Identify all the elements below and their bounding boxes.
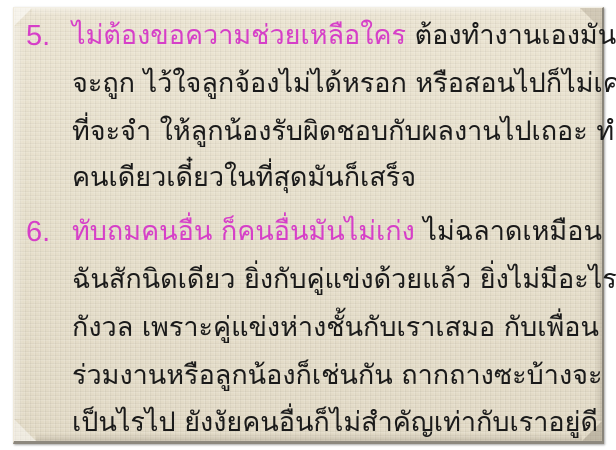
item-heading: ทับถมคนอื่น ก็คนอื่นมันไม่เก่ง [72,216,415,247]
item-text-line: เป็นไรไป ยังงัยคนอื่นก็ไม่สำคัญเท่ากับเร… [72,406,598,440]
item-text-line: ที่จะจำ ให้ลูกน้องรับผิดชอบกับผลงานไปเถอ… [72,115,616,149]
item-heading: ไม่ต้องขอความช่วยเหลือใคร [72,20,406,51]
item-text-line: ร่วมงานหรือลูกน้องก็เช่นกัน ถากถางซะบ้าง… [72,359,602,393]
item-text-line: จะถูก ไว้ใจลูกจ้องไม่ได้หรอก หรือสอนไปก็… [72,67,616,101]
item-text-line: ไม่ฉลาดเหมือน [423,216,602,247]
heading-gap [406,20,415,51]
item-text-line: กังวล เพราะคู่แข่งห่างชั้นกับเราเสมอ กับ… [72,311,599,345]
slide-content: 5. ไม่ต้องขอความช่วยเหลือใคร ต้องทำงานเอ… [14,8,602,441]
slide-frame: 5. ไม่ต้องขอความช่วยเหลือใคร ต้องทำงานเอ… [13,7,604,444]
item-first-line: ทับถมคนอื่น ก็คนอื่นมันไม่เก่ง ไม่ฉลาดเห… [72,215,602,249]
item-text-line: คนเดียวเดี๋ยวในที่สุดมันก็เสร็จ [72,161,416,195]
item-number: 5. [26,19,50,53]
item-first-line: ไม่ต้องขอความช่วยเหลือใคร ต้องทำงานเองมั… [72,19,616,53]
item-text-line: ฉันสักนิดเดียว ยิ่งกับคู่แข่งด้วยแล้ว ยิ… [72,263,616,297]
item-number: 6. [26,215,50,249]
item-text-line: ต้องทำงานเองมันถึง [415,20,616,51]
